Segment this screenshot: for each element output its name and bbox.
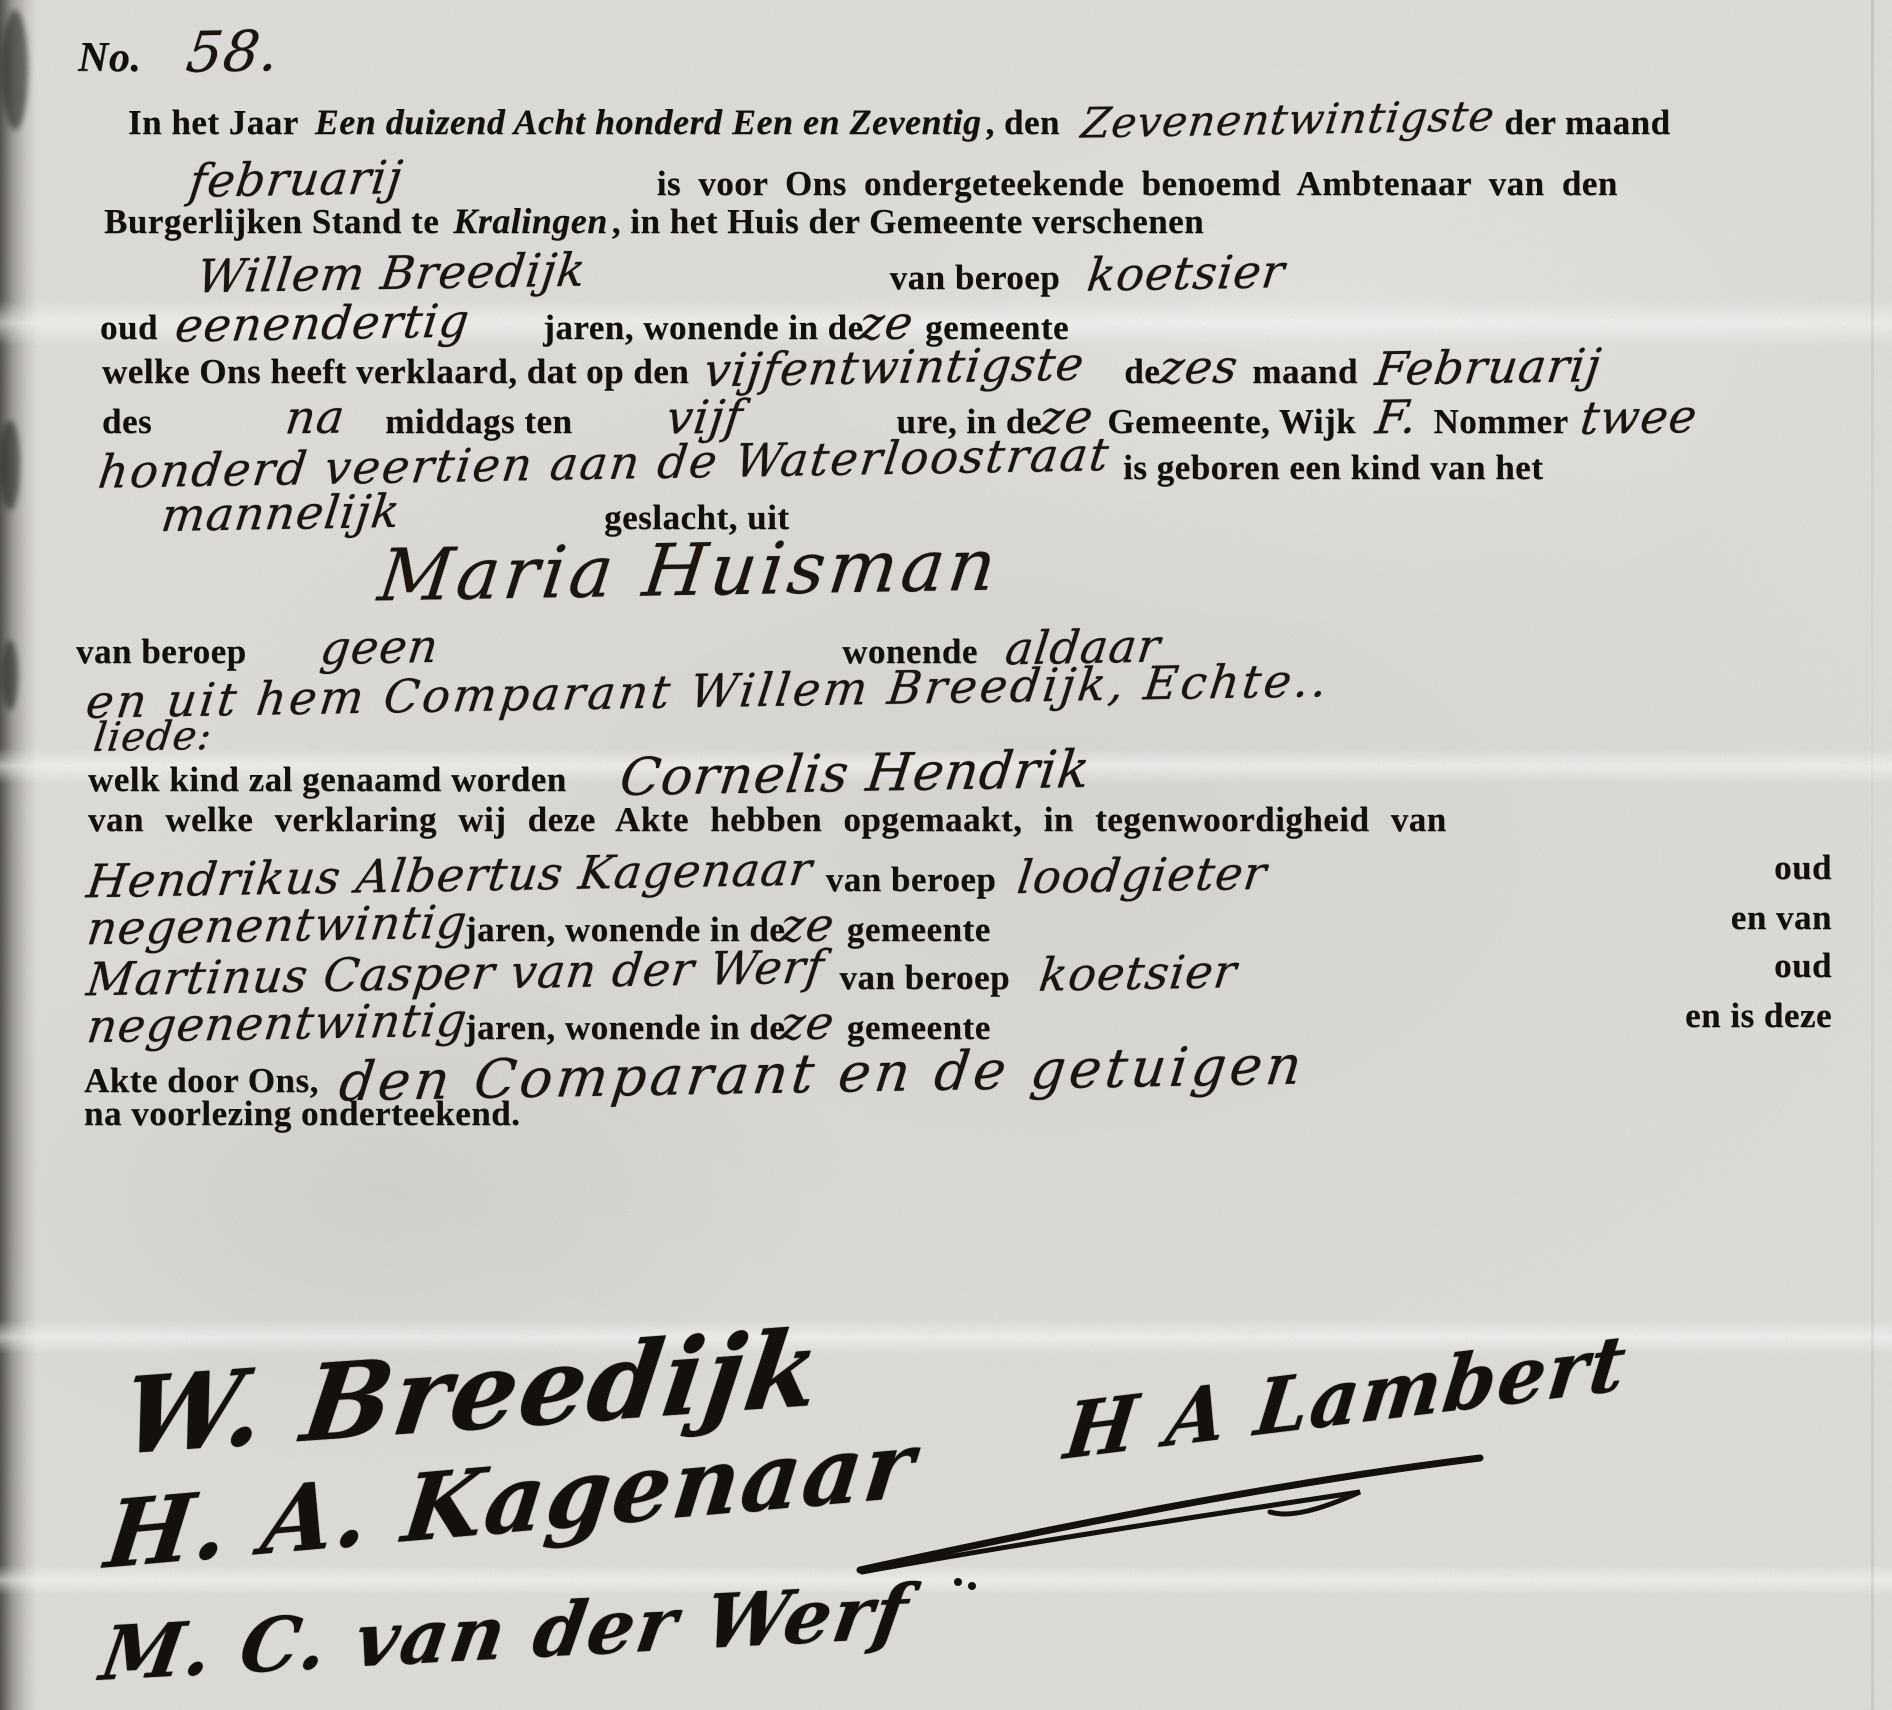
body-line-witness-intro: van welke verklaring wij deze Akte hebbe… <box>88 800 1447 840</box>
hand-child-gender: mannelijk <box>158 484 403 542</box>
printed-year-phrase: Een duizend Acht honderd Een en Zeventig <box>315 102 982 142</box>
edge-smudge <box>0 420 20 510</box>
printed-text: , in het Huis der Gemeente verschenen <box>612 202 1204 241</box>
body-line-address: honderd veertien aan de Waterloostraat i… <box>100 436 1543 490</box>
printed-text: van beroep <box>890 258 1061 297</box>
body-line-witness2: Martinus Casper van der Werf van beroep … <box>88 946 1832 1000</box>
printed-text: na voorlezing onderteekend. <box>84 1094 520 1133</box>
edge-smudge <box>2 10 28 130</box>
hand-act-day: Zevenentwintigste <box>1078 91 1497 147</box>
printed-text: de <box>1124 352 1160 391</box>
hand-father-clause: en uit hem Comparant Willem Breedijk, Ec… <box>83 653 1333 729</box>
edge-smudge <box>2 640 18 710</box>
printed-text: van beroep <box>839 958 1010 997</box>
body-line-father-clause: en uit hem Comparant Willem Breedijk, Ec… <box>88 664 1328 718</box>
act-number: No. 58. <box>78 20 279 85</box>
printed-registrar-clause: is voor Ons ondergeteekende benoemd Ambt… <box>657 164 1618 203</box>
body-line-declarant: Willem Breedijk van beroep koetsier <box>198 246 1285 300</box>
printed-witness-clause: van welke verklaring wij deze Akte hebbe… <box>88 800 1447 839</box>
printed-text: maand <box>1252 352 1358 391</box>
torn-left-page-edge <box>0 0 38 1710</box>
hand-declarant-occupation: koetsier <box>1085 244 1289 301</box>
hand-birth-month: Februarij <box>1372 338 1604 396</box>
printed-text: gemeente <box>847 910 991 949</box>
act-number-value: 58. <box>183 19 283 86</box>
printed-text: oud <box>1774 946 1832 986</box>
hand-text-overlay: zes <box>1157 339 1242 394</box>
body-line-year: In het Jaar Een duizend Acht honderd Een… <box>128 95 1671 144</box>
printed-text: oud <box>1774 848 1832 888</box>
printed-text: en is deze <box>1685 996 1832 1036</box>
printed-text: Burgerlijken Stand te <box>104 202 439 241</box>
printed-text: welk kind zal genaamd worden <box>88 760 567 799</box>
body-line-birth-date: welke Ons heeft verklaard, dat op den vi… <box>102 340 1601 394</box>
hand-child-name: Cornelis Hendrik <box>617 740 1094 808</box>
printed-text: van beroep <box>826 860 997 899</box>
printed-text: is geboren een kind van het <box>1123 448 1543 487</box>
scanned-birth-record-page: No. 58. In het Jaar Een duizend Acht hon… <box>0 0 1892 1710</box>
printed-text: , den <box>986 103 1060 142</box>
printed-text: In het Jaar <box>128 103 299 142</box>
body-line-witness1-age: negenentwintig jaren, wonende in de ze g… <box>88 898 1832 952</box>
hand-birth-day: vijfentwintigste <box>701 337 1088 398</box>
paper-crease <box>1871 0 1874 1710</box>
act-number-label: No. <box>78 35 141 81</box>
body-line-child-name: welk kind zal genaamd worden Cornelis He… <box>88 744 1089 804</box>
hand-mother-name: Maria Huisman <box>374 523 1004 618</box>
printed-text: welke Ons heeft verklaard, dat op den <box>102 352 689 391</box>
printed-municipality-name: Kralingen <box>453 201 608 241</box>
printed-text: der maand <box>1504 103 1670 142</box>
body-line-witness1: Hendrikus Albertus Kagenaar van beroep l… <box>88 848 1832 902</box>
body-line-municipality: Burgerlijken Stand te Kralingen , in het… <box>104 200 1204 242</box>
body-line-mother: Maria Huisman <box>380 528 999 612</box>
hand-house-number-part1: twee <box>1577 389 1700 445</box>
body-line-month: februarij is voor Ons ondergeteekende be… <box>190 152 1618 206</box>
body-line-closing-cont: na voorlezing onderteekend. <box>84 1094 520 1134</box>
hand-witness2-occupation: koetsier <box>1036 944 1240 1001</box>
printed-text: en van <box>1731 898 1832 938</box>
hand-witness1-occupation: loodgieter <box>1015 846 1271 904</box>
